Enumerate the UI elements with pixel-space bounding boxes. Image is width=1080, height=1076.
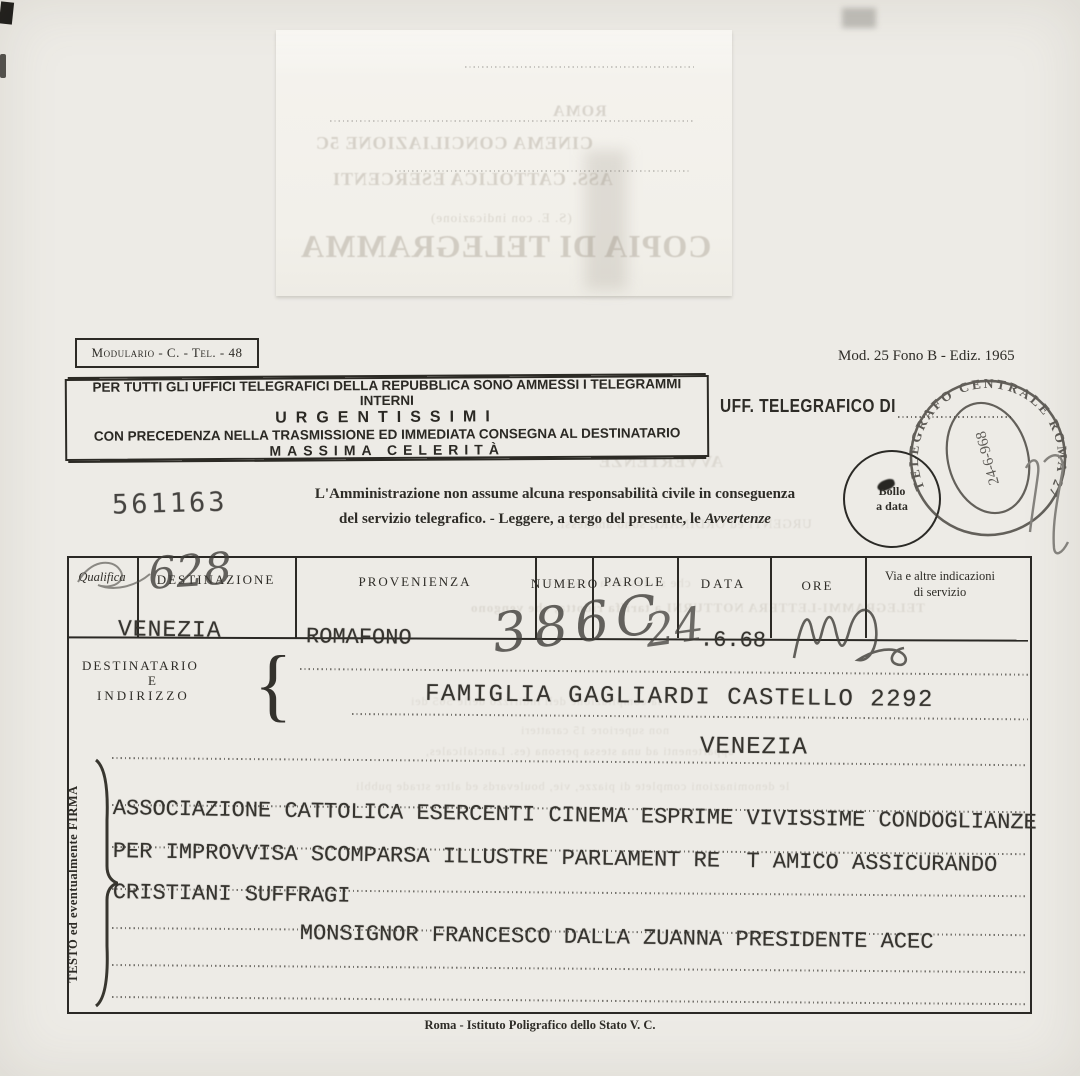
handwritten-date-part: 24 bbox=[642, 596, 707, 658]
column-divider bbox=[295, 558, 297, 638]
bollo-word2: a data bbox=[876, 499, 908, 514]
handwritten-628: 628 bbox=[146, 543, 233, 600]
recipient-city: VENEZIA bbox=[700, 733, 808, 761]
message-line-3: CRISTIANI SUFFRAGI bbox=[113, 880, 351, 909]
disclaimer-avvertenze: Avvertenze bbox=[705, 511, 771, 527]
ghost-text: (S. E. con indicazione) bbox=[430, 210, 572, 226]
disclaimer-line2: del servizio telegrafico. - Leggere, a t… bbox=[290, 507, 820, 532]
ghost-text: CINEMA CONCILIAZIONE 5C bbox=[315, 133, 593, 154]
notice-line4: MASSIMA CELERITÀ bbox=[67, 440, 707, 460]
printer-footer: Roma - Istituto Poligrafico dello Stato … bbox=[0, 1018, 1080, 1033]
ghost-text: COPIA DI TELEGRAMMA bbox=[300, 228, 711, 265]
postmark-date: 24-6-968 bbox=[973, 429, 1003, 486]
ghost-text: ROMA bbox=[552, 103, 607, 121]
recipient-label-line1: DESTINATARIO bbox=[82, 658, 199, 674]
urgency-notice-box: PER TUTTI GLI UFFICI TELEGRAFICI DELLA R… bbox=[65, 375, 709, 461]
telegram-scan: ROMACINEMA CONCILIAZIONE 5CASS. CATTOLIC… bbox=[0, 0, 1080, 1076]
header-ore: ORE bbox=[770, 578, 865, 594]
origin-value: ROMAFONO bbox=[306, 624, 412, 650]
header-via-di-servizio: Via e altre indicazioni di servizio bbox=[865, 568, 1015, 600]
disclaimer-line2-text: del servizio telegrafico. - Leggere, a t… bbox=[339, 511, 701, 527]
recipient-label-line3: INDIRIZZO bbox=[97, 688, 190, 704]
destination-value: VENEZIA bbox=[118, 616, 222, 643]
serial-number: 561163 bbox=[112, 486, 228, 520]
header-data: DATA bbox=[677, 576, 770, 592]
modulario-box: Modulario - C. - Tel. - 48 bbox=[75, 338, 259, 368]
via-line1: Via e altre indicazioni bbox=[865, 568, 1015, 584]
recipient-label-line2: E bbox=[148, 673, 158, 689]
disclaimer: L'Amministrazione non assume alcuna resp… bbox=[290, 482, 820, 532]
ore-squiggle bbox=[788, 598, 938, 676]
testo-firma-label: TESTO ed eventualmente FIRMA bbox=[66, 768, 81, 1000]
column-divider bbox=[770, 558, 772, 638]
ghost-text: ASS. CATTOLICA ESERCENTI bbox=[332, 169, 613, 190]
disclaimer-line1: L'Amministrazione non assume alcuna resp… bbox=[290, 482, 820, 507]
typed-date-part: .6.68 bbox=[700, 628, 766, 654]
modulario-label: Modulario - C. - Tel. - 48 bbox=[92, 345, 243, 361]
telegraph-office-label: UFF. TELEGRAFICO DI bbox=[720, 396, 896, 417]
header-provenienza: PROVENIENZA bbox=[295, 574, 535, 590]
recipient-brace: { bbox=[254, 639, 292, 732]
pencil-mark bbox=[1016, 430, 1080, 562]
notice-line1: PER TUTTI GLI UFFICI TELEGRAFICI DELLA R… bbox=[67, 376, 707, 410]
